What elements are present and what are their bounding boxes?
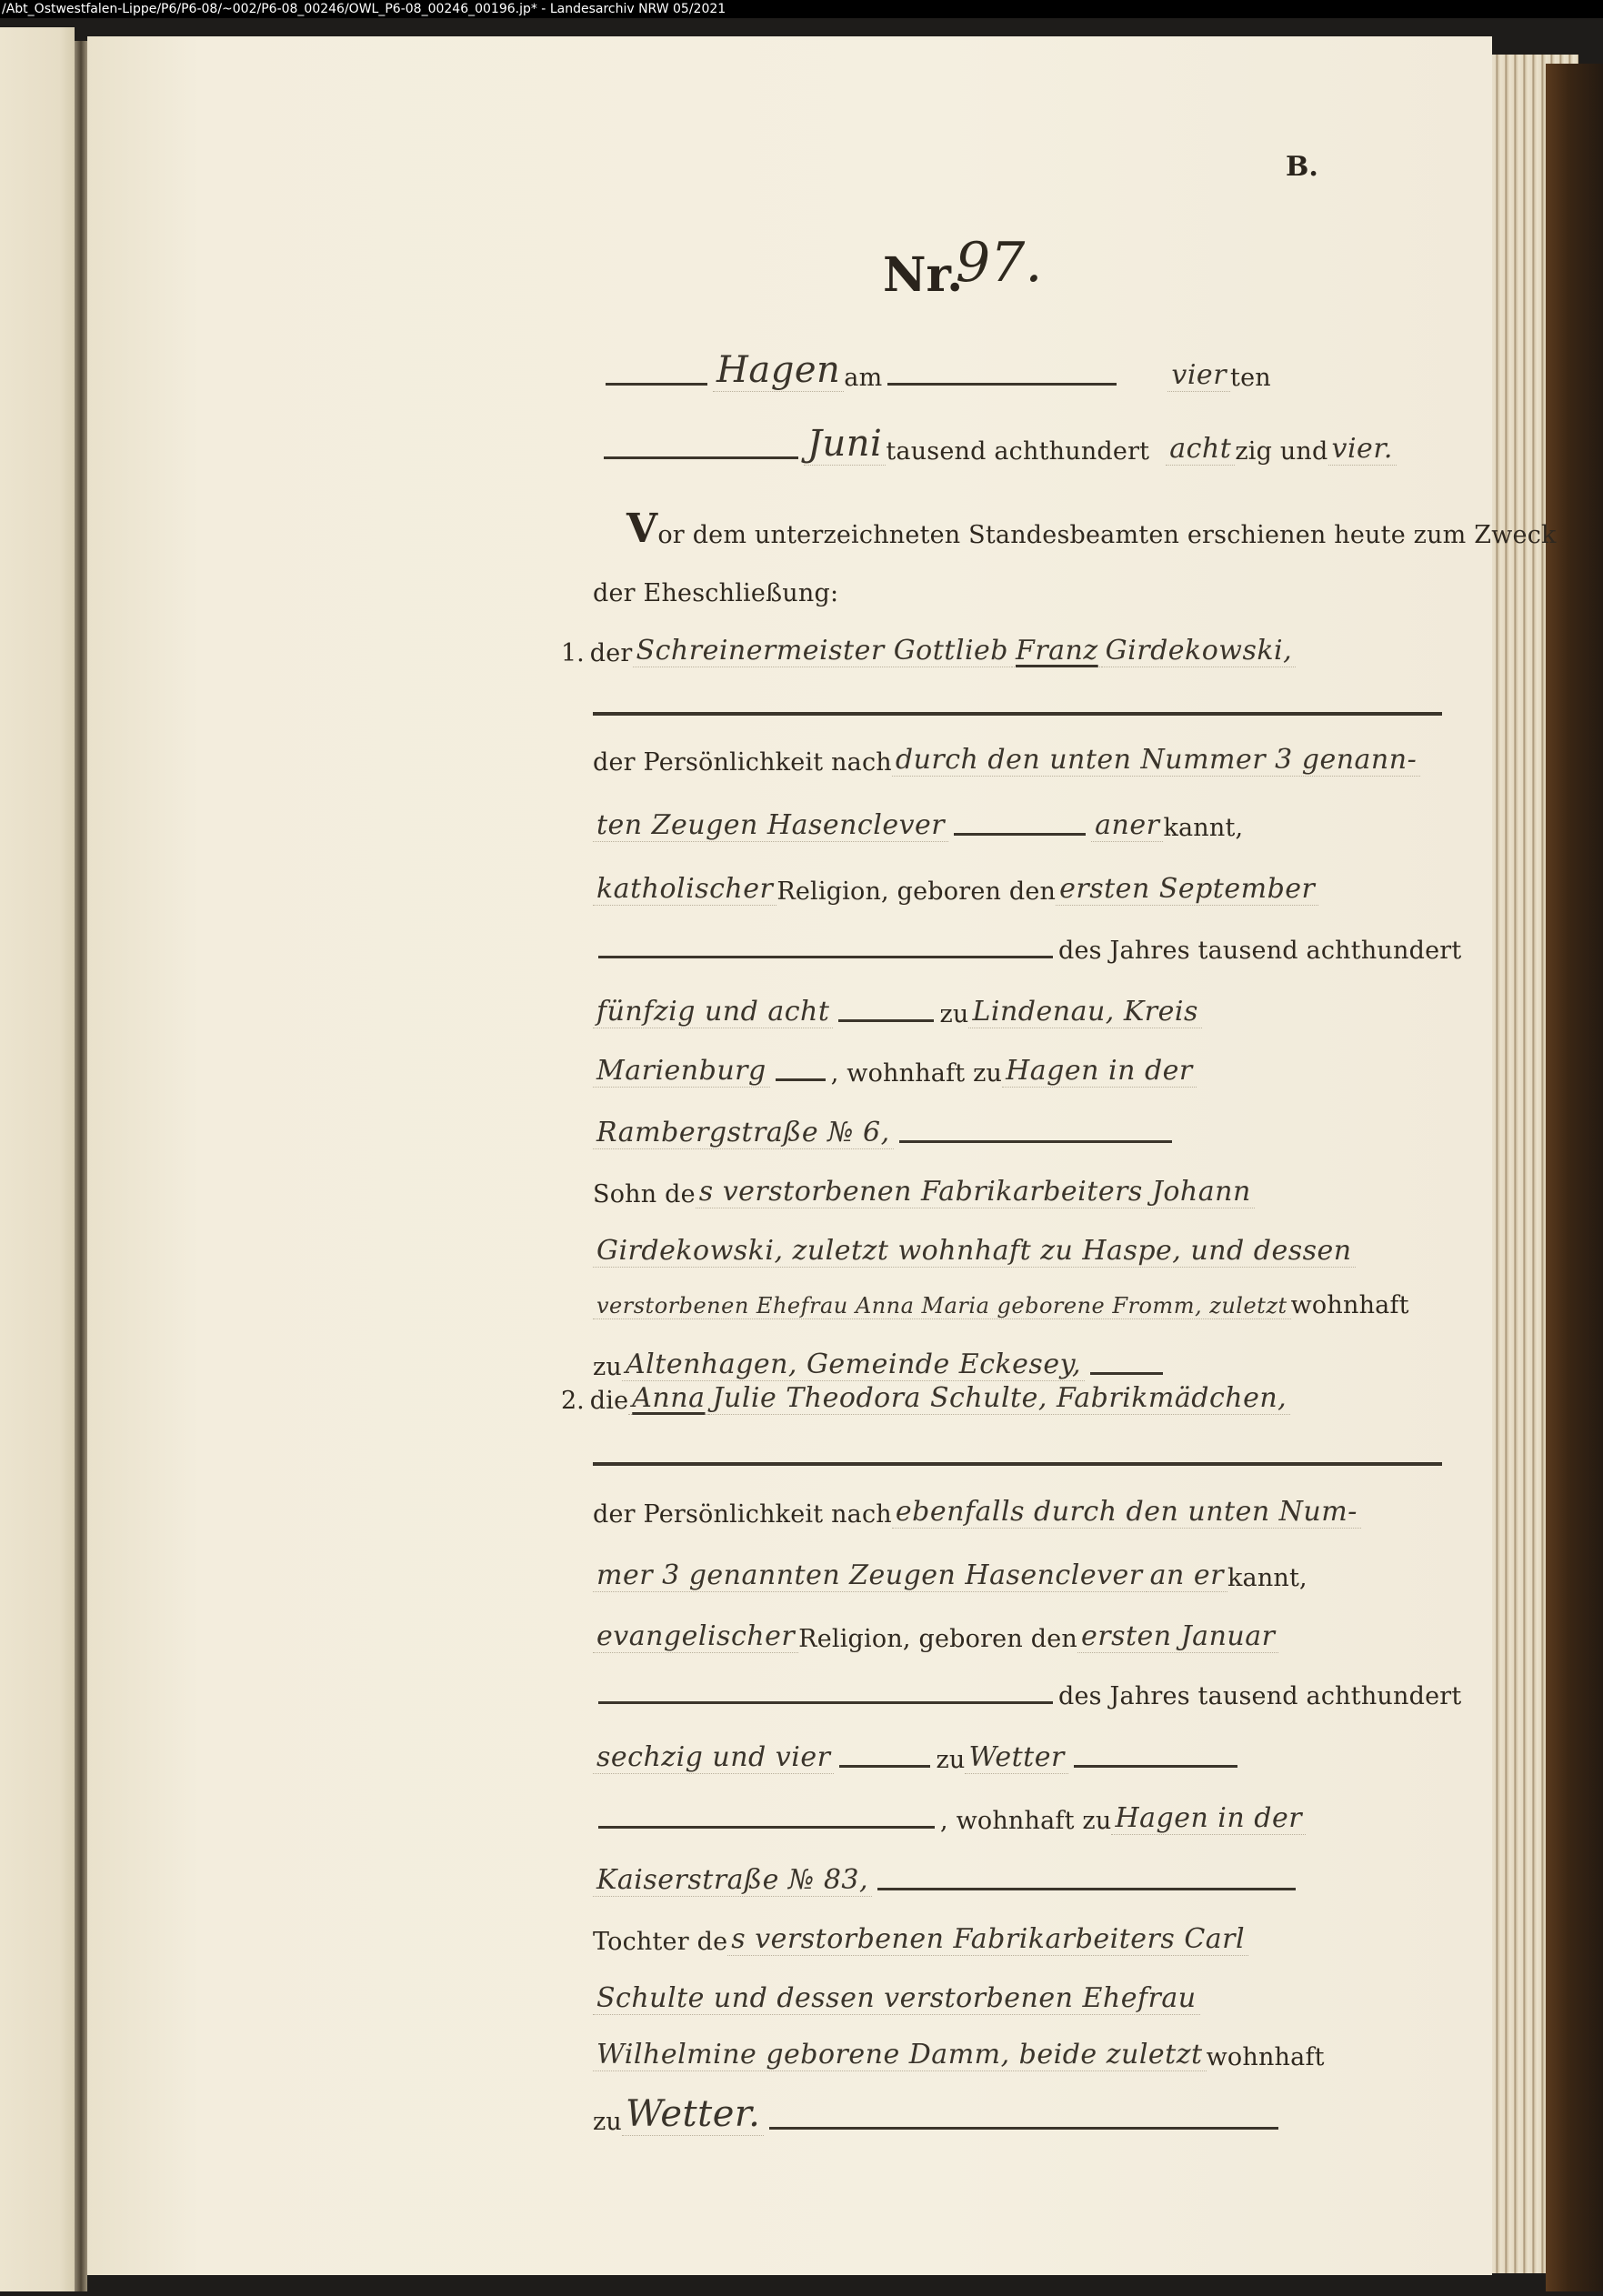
- bride-parents-line-3: Wilhelmine geborene Damm, beide zuletzt …: [593, 2039, 1325, 2071]
- header-place-line: Hagen am vier ten: [600, 349, 1271, 392]
- month-hand: Juni: [804, 423, 886, 466]
- year-units-hand: vier.: [1328, 433, 1397, 466]
- blank-rule: [899, 1140, 1172, 1143]
- blank-rule: [1090, 1372, 1163, 1375]
- groom-des-jahres: des Jahres tausend achthundert: [1058, 937, 1461, 965]
- groom-persoenlichkeit-label: der Persönlichkeit nach: [593, 748, 892, 777]
- bride-year-line: des Jahres tausend achthundert: [593, 1682, 1461, 1710]
- bride-identity-hand-1: ebenfalls durch den unten Num-: [892, 1496, 1361, 1529]
- groom-parents-hand-1: s verstorbenen Fabrikarbeiters Johann: [696, 1176, 1255, 1208]
- groom-street-line: Rambergstraße № 6,: [593, 1117, 1177, 1149]
- groom-wohnhaft-label: , wohnhaft zu: [831, 1059, 1002, 1088]
- blank-rule: [769, 2127, 1278, 2130]
- groom-sohn-label: Sohn de: [593, 1180, 696, 1208]
- book-gutter: [75, 41, 87, 2291]
- groom-year-line: des Jahres tausend achthundert: [593, 937, 1461, 965]
- blank-rule: [1074, 1765, 1237, 1768]
- bride-birth-year-hand: sechzig und vier: [593, 1741, 834, 1774]
- groom-religion-hand: katholischer: [593, 873, 776, 906]
- section-letter: B.: [1286, 151, 1318, 183]
- groom-anerkannt-print: kannt,: [1163, 814, 1243, 842]
- groom-surname: Girdekowski,: [1102, 635, 1296, 667]
- intro-line-1: V or dem unterzeichneten Standesbeamten …: [626, 509, 1557, 549]
- bride-identity-line-1: der Persönlichkeit nach ebenfalls durch …: [593, 1496, 1361, 1529]
- blank-rule: [598, 956, 1053, 958]
- bride-wohnhaft-label: , wohnhaft zu: [940, 1807, 1111, 1835]
- groom-anerkannt-hand: aner: [1091, 809, 1163, 842]
- groom-identity-hand-1: durch den unten Nummer 3 genann-: [892, 744, 1420, 777]
- year-tens-hand: acht: [1166, 433, 1235, 466]
- header-date-line: Juni tausend achthundert acht zig und vi…: [598, 423, 1397, 466]
- bride-anerkannt-hand: an er: [1147, 1559, 1227, 1592]
- groom-birth-line: fünfzig und acht zu Lindenau, Kreis: [593, 996, 1202, 1028]
- groom-parents-line-2: Girdekowski, zuletzt wohnhaft zu Haspe, …: [593, 1235, 1356, 1268]
- bride-des-jahres: des Jahres tausend achthundert: [1058, 1682, 1461, 1710]
- record-number-label: Nr.: [883, 247, 963, 303]
- blank-rule: [954, 833, 1086, 836]
- bride-zu-label: zu: [936, 1746, 965, 1774]
- day-hand: vier: [1167, 359, 1230, 392]
- groom-religion-line: katholischer Religion, geboren den erste…: [593, 873, 1318, 906]
- bride-parents-wohnhaft: wohnhaft: [1207, 2043, 1325, 2071]
- bride-residence-line: , wohnhaft zu Hagen in der: [593, 1802, 1306, 1835]
- intro-line-2: der Eheschließung:: [593, 579, 838, 607]
- groom-number: 1.: [561, 639, 585, 667]
- bride-name-rule: [593, 1462, 1442, 1466]
- blank-rule: [606, 383, 707, 386]
- intro-text-1: or dem unterzeichneten Standesbeamten er…: [657, 521, 1556, 549]
- year-print: tausend achthundert: [886, 437, 1149, 466]
- blank-rule: [776, 1078, 826, 1081]
- intro-dropcap: V: [626, 509, 657, 549]
- bride-parents-hand-1: s verstorbenen Fabrikarbeiters Carl: [727, 1923, 1248, 1956]
- blank-rule: [887, 383, 1117, 386]
- groom-parents-hand-3: verstorbenen Ehefrau Anna Maria geborene…: [593, 1293, 1291, 1319]
- groom-call-name: Franz: [1012, 635, 1102, 667]
- groom-parents-residence-hand: Altenhagen, Gemeinde Eckesey,: [622, 1349, 1085, 1381]
- bride-religion-line: evangelischer Religion, geboren den erst…: [593, 1620, 1278, 1653]
- bride-parents-zu: zu: [593, 2108, 622, 2136]
- groom-identity-line-1: der Persönlichkeit nach durch den unten …: [593, 744, 1420, 777]
- bride-name-line: 2. die Anna Julie Theodora Schulte, Fabr…: [561, 1382, 1290, 1415]
- groom-parents-residence-line: zu Altenhagen, Gemeinde Eckesey,: [593, 1349, 1168, 1381]
- groom-birth-year-hand: fünfzig und acht: [593, 996, 833, 1028]
- blank-rule: [598, 1826, 935, 1829]
- left-page-edge: [0, 27, 75, 2291]
- bride-birth-line: sechzig und vier zu Wetter: [593, 1741, 1243, 1774]
- bride-residence-hand-1: Hagen in der: [1111, 1802, 1306, 1835]
- bride-residence-hand-2: Kaiserstraße № 83,: [593, 1864, 872, 1897]
- blank-rule: [839, 1765, 930, 1768]
- bride-call-name: Anna: [628, 1382, 708, 1415]
- bride-tochter-label: Tochter de: [593, 1928, 727, 1956]
- book-cover: [1546, 64, 1603, 2291]
- groom-parents-zu: zu: [593, 1353, 622, 1381]
- groom-identity-line-2: ten Zeugen Hasenclever aner kannt,: [593, 809, 1243, 842]
- groom-birth-place-hand-1: Lindenau, Kreis: [968, 996, 1201, 1028]
- groom-residence-hand-1: Hagen in der: [1002, 1055, 1197, 1088]
- bride-religion-label: Religion, geboren den: [798, 1625, 1077, 1653]
- blank-rule: [877, 1888, 1296, 1890]
- bride-persoenlichkeit-label: der Persönlichkeit nach: [593, 1500, 892, 1529]
- bride-parents-line-2: Schulte und dessen verstorbenen Ehefrau: [593, 1982, 1200, 2015]
- groom-residence-hand-2: Rambergstraße № 6,: [593, 1117, 894, 1149]
- file-path-title: /Abt_Ostwestfalen-Lippe/P6/P6-08/~002/P6…: [2, 2, 726, 16]
- bride-street-line: Kaiserstraße № 83,: [593, 1864, 1301, 1897]
- window-title-bar: /Abt_Ostwestfalen-Lippe/P6/P6-08/~002/P6…: [0, 0, 1603, 18]
- bride-parents-residence-hand: Wetter.: [622, 2093, 764, 2136]
- intro-text-2: der Eheschließung:: [593, 579, 838, 607]
- place-hand: Hagen: [713, 349, 844, 392]
- am-label: am: [844, 364, 882, 392]
- bride-number: 2.: [561, 1387, 585, 1415]
- bride-parents-residence-line: zu Wetter.: [593, 2093, 1284, 2136]
- groom-identity-hand-2: ten Zeugen Hasenclever: [593, 809, 948, 842]
- groom-parents-line-1: Sohn de s verstorbenen Fabrikarbeiters J…: [593, 1176, 1255, 1208]
- bride-identity-hand-2: mer 3 genannten Zeugen Hasenclever: [593, 1559, 1147, 1592]
- groom-name-rule: [593, 712, 1442, 716]
- blank-rule: [598, 1701, 1053, 1704]
- bride-name-rest: Julie Theodora Schulte, Fabrikmädchen,: [708, 1382, 1290, 1415]
- bride-parents-line-1: Tochter de s verstorbenen Fabrikarbeiter…: [593, 1923, 1248, 1956]
- bride-birth-place-hand: Wetter: [965, 1741, 1067, 1774]
- groom-religion-label: Religion, geboren den: [776, 877, 1056, 906]
- bride-parents-hand-2: Schulte und dessen verstorbenen Ehefrau: [593, 1982, 1200, 2015]
- bride-identity-line-2: mer 3 genannten Zeugen Hasenclever an er…: [593, 1559, 1307, 1592]
- groom-parents-hand-2: Girdekowski, zuletzt wohnhaft zu Haspe, …: [593, 1235, 1356, 1268]
- groom-parents-wohnhaft: wohnhaft: [1291, 1291, 1409, 1319]
- bride-article: die: [590, 1387, 629, 1415]
- groom-occupation-name: Schreinermeister Gottlieb: [633, 635, 1012, 667]
- bride-birth-day-hand: ersten Januar: [1077, 1620, 1278, 1653]
- record-number-value: 97.: [956, 231, 1042, 295]
- bride-religion-hand: evangelischer: [593, 1620, 798, 1653]
- groom-residence-line: Marienburg , wohnhaft zu Hagen in der: [593, 1055, 1197, 1088]
- groom-article: der: [590, 639, 633, 667]
- blank-rule: [604, 456, 798, 459]
- marriage-record-form: B. Nr. 97. Hagen am vier ten Juni tausen…: [87, 36, 1492, 2275]
- groom-birth-place-hand-2: Marienburg: [593, 1055, 770, 1088]
- bride-parents-hand-3: Wilhelmine geborene Damm, beide zuletzt: [593, 2039, 1207, 2071]
- groom-parents-line-3: verstorbenen Ehefrau Anna Maria geborene…: [593, 1291, 1409, 1319]
- bride-anerkannt-print: kannt,: [1227, 1564, 1307, 1592]
- groom-name-line: 1. der Schreinermeister Gottlieb Franz G…: [561, 635, 1296, 667]
- day-suffix: ten: [1230, 364, 1271, 392]
- blank-rule: [838, 1019, 934, 1022]
- groom-birth-day-hand: ersten September: [1056, 873, 1318, 906]
- groom-zu-label: zu: [939, 1000, 968, 1028]
- year-zig-label: zig und: [1235, 437, 1327, 466]
